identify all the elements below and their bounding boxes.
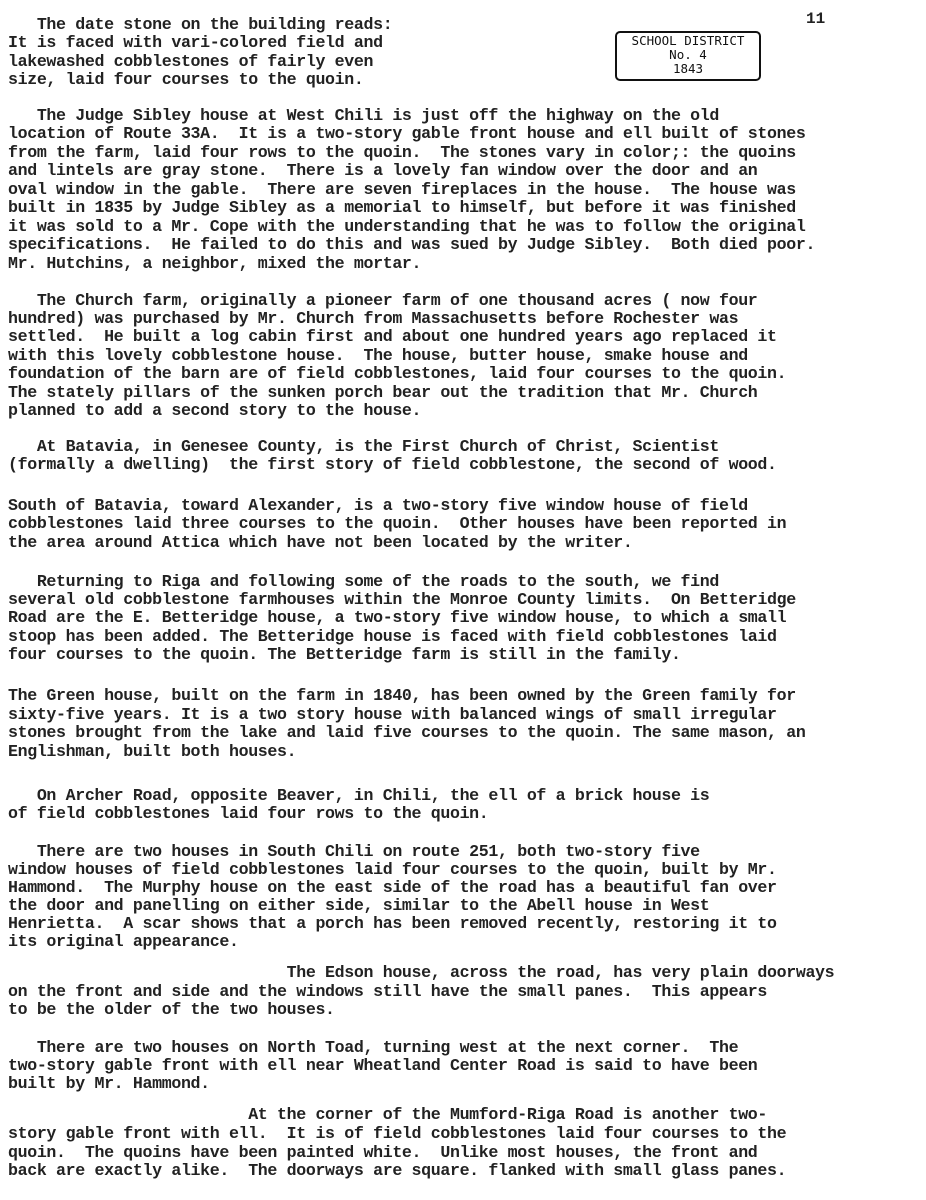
text-line: The Edson house, across the road, has ve…	[8, 964, 834, 982]
text-line: back are exactly alike. The doorways are…	[8, 1162, 786, 1180]
text-line: several old cobblestone farmhouses withi…	[8, 591, 796, 609]
text-line: the door and panelling on either side, s…	[8, 897, 709, 915]
text-line: It is faced with vari-colored field and	[8, 34, 383, 52]
text-line: built in 1835 by Judge Sibley as a memor…	[8, 199, 796, 217]
text-line: quoin. The quoins have been painted whit…	[8, 1144, 757, 1162]
text-line: (formally a dwelling) the first story of…	[8, 456, 777, 474]
text-line: There are two houses in South Chili on r…	[8, 843, 700, 861]
text-line: planned to add a second story to the hou…	[8, 402, 421, 420]
text-line: The Green house, built on the farm in 18…	[8, 687, 796, 705]
stamp-line-school-district: SCHOOL DISTRICT	[617, 34, 759, 48]
stamp-line-number: No. 4	[617, 48, 759, 62]
text-line: South of Batavia, toward Alexander, is a…	[8, 497, 748, 515]
text-line: location of Route 33A. It is a two-story…	[8, 125, 805, 143]
text-line: The Judge Sibley house at West Chili is …	[8, 107, 719, 125]
text-line: oval window in the gable. There are seve…	[8, 181, 796, 199]
text-line: foundation of the barn are of field cobb…	[8, 365, 786, 383]
text-line: lakewashed cobblestones of fairly even	[8, 53, 373, 71]
text-line: stones brought from the lake and laid fi…	[8, 724, 805, 742]
text-line: At Batavia, in Genesee County, is the Fi…	[8, 438, 719, 456]
typewritten-page: 11 SCHOOL DISTRICT No. 4 1843 The date s…	[0, 0, 926, 1200]
date-stone-stamp: SCHOOL DISTRICT No. 4 1843	[615, 31, 761, 81]
text-line: Henrietta. A scar shows that a porch has…	[8, 915, 777, 933]
text-line: Mr. Hutchins, a neighbor, mixed the mort…	[8, 255, 421, 273]
text-line: two-story gable front with ell near Whea…	[8, 1057, 757, 1075]
text-line: built by Mr. Hammond.	[8, 1075, 210, 1093]
text-line: settled. He built a log cabin first and …	[8, 328, 777, 346]
text-line: hundred) was purchased by Mr. Church fro…	[8, 310, 738, 328]
stamp-line-year: 1843	[617, 62, 759, 76]
text-line: The Church farm, originally a pioneer fa…	[8, 292, 757, 310]
text-line: it was sold to a Mr. Cope with the under…	[8, 218, 805, 236]
text-line: of field cobblestones laid four rows to …	[8, 805, 488, 823]
text-line: on the front and side and the windows st…	[8, 983, 767, 1001]
text-line: sixty-five years. It is a two story hous…	[8, 706, 777, 724]
text-line: The stately pillars of the sunken porch …	[8, 384, 757, 402]
text-line: On Archer Road, opposite Beaver, in Chil…	[8, 787, 709, 805]
text-line: Road are the E. Betteridge house, a two-…	[8, 609, 786, 627]
text-line: There are two houses on North Toad, turn…	[8, 1039, 738, 1057]
text-line: window houses of field cobblestones laid…	[8, 861, 777, 879]
text-line: and lintels are gray stone. There is a l…	[8, 162, 757, 180]
text-line: The date stone on the building reads:	[8, 16, 392, 34]
text-line: Returning to Riga and following some of …	[8, 573, 719, 591]
text-line: size, laid four courses to the quoin.	[8, 71, 364, 89]
page-number: 11	[806, 10, 825, 28]
text-line: from the farm, laid four rows to the quo…	[8, 144, 796, 162]
text-line: with this lovely cobblestone house. The …	[8, 347, 748, 365]
text-line: to be the older of the two houses.	[8, 1001, 335, 1019]
text-line: Englishman, built both houses.	[8, 743, 296, 761]
text-line: Hammond. The Murphy house on the east si…	[8, 879, 777, 897]
text-line: story gable front with ell. It is of fie…	[8, 1125, 786, 1143]
text-line: cobblestones laid three courses to the q…	[8, 515, 786, 533]
text-line: At the corner of the Mumford-Riga Road i…	[8, 1106, 767, 1124]
text-line: stoop has been added. The Betteridge hou…	[8, 628, 777, 646]
text-line: specifications. He failed to do this and…	[8, 236, 815, 254]
text-line: four courses to the quoin. The Betteridg…	[8, 646, 681, 664]
text-line: the area around Attica which have not be…	[8, 534, 633, 552]
text-line: its original appearance.	[8, 933, 239, 951]
